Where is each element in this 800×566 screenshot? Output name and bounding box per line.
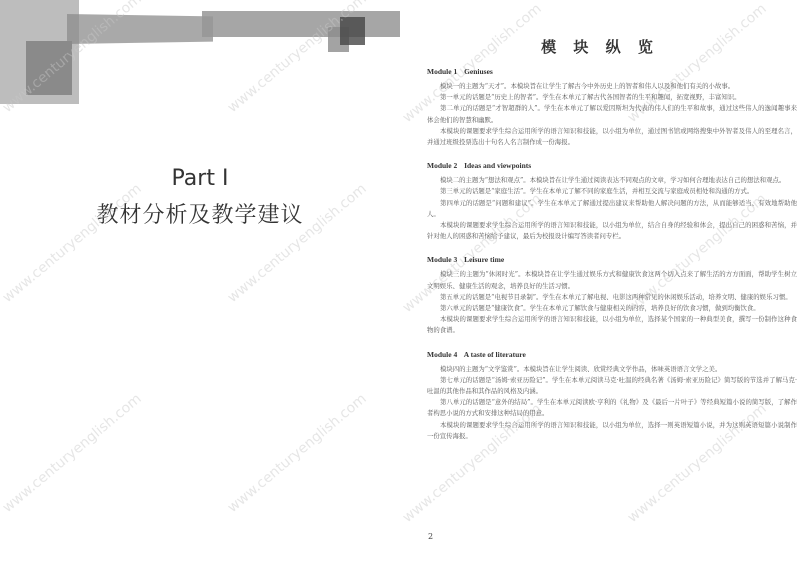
module-title: Ideas and viewpoints (464, 161, 531, 170)
module-overview: Module 1 Geniuses 模块一的主题为“天才”。本模块旨在让学生了解… (427, 67, 797, 455)
module-title: A taste of literature (464, 350, 526, 359)
right-page: www.centuryenglish.com www.centuryenglis… (400, 0, 800, 566)
decorative-gray-bar (202, 11, 400, 37)
module-number: Module 1 (427, 67, 457, 76)
module-heading: Module 1 Geniuses (427, 67, 797, 76)
module-2: Module 2 Ideas and viewpoints 模块二的主题为“想法… (427, 161, 797, 242)
paragraph: 第五单元的话题是“电视节目录制”。学生在本单元了解电视、电影这两种常见的休闲娱乐… (427, 292, 797, 303)
part-title: Part I (0, 166, 400, 191)
watermark: www.centuryenglish.com (225, 391, 370, 516)
module-number: Module 4 (427, 350, 457, 359)
module-title: Geniuses (464, 67, 493, 76)
paragraph: 第四单元的话题是“问题和建议”。学生在本单元了解通过提出建议来帮助他人解决问题的… (427, 198, 797, 220)
paragraph: 第八单元的话题是“意外的结局”。学生在本单元阅读欧·亨利的《礼物》及《最后一片叶… (427, 397, 797, 419)
module-number: Module 2 (427, 161, 457, 170)
paragraph: 模块二的主题为“想法和观点”。本模块旨在让学生通过阅读表达不同观点的文章，学习如… (427, 175, 797, 186)
module-1: Module 1 Geniuses 模块一的主题为“天才”。本模块旨在让学生了解… (427, 67, 797, 148)
part-subtitle: 教材分析及教学建议 (0, 198, 400, 229)
paragraph: 第二单元的话题是“才智超群的人”。学生在本单元了解以爱因斯坦为代表的伟人们的生平… (427, 103, 797, 125)
decorative-gray-band (67, 14, 213, 44)
paragraph: 第一单元的话题是“历史上的智者”。学生在本单元了解古代各国智者的生平和趣闻，拓宽… (427, 92, 797, 103)
paragraph: 第七单元的话题是“汤姆·索亚历险记”。学生在本单元阅读马克·吐温的经典名著《汤姆… (427, 375, 797, 397)
page-number: 2 (428, 532, 433, 541)
paragraph: 本模块的课题要求学生综合运用所学的语言知识和技能，以小组为单位，选择某个国家的一… (427, 314, 797, 336)
paragraph: 第六单元的话题是“健康饮食”。学生在本单元了解饮食与健康相关的内容，培养良好的饮… (427, 303, 797, 314)
watermark: www.centuryenglish.com (0, 391, 145, 516)
left-page: Part I 教材分析及教学建议 www.centuryenglish.com … (0, 0, 400, 566)
paragraph: 本模块的课题要求学生综合运用所学的语言知识和技能，以小组为单位，选择一则英语短篇… (427, 420, 797, 442)
module-heading: Module 3 Leisure time (427, 255, 797, 264)
paragraph: 本模块的课题要求学生综合运用所学的语言知识和技能，以小组为单位，通过图书馆或网络… (427, 126, 797, 148)
decorative-dark-square (26, 41, 72, 95)
overview-title: 模 块 纵 览 (400, 36, 800, 57)
decorative-dark-small-square (340, 17, 365, 45)
module-number: Module 3 (427, 255, 457, 264)
module-4: Module 4 A taste of literature 模块四的主题为“文… (427, 350, 797, 442)
module-title: Leisure time (464, 255, 504, 264)
paragraph: 模块四的主题为“文学鉴赏”。本模块旨在让学生阅读、欣赏经典文学作品，体味英语语言… (427, 364, 797, 375)
paragraph: 模块三的主题为“休闲时光”。本模块旨在让学生通过娱乐方式和健康饮食这两个切入点来… (427, 269, 797, 291)
paragraph: 模块一的主题为“天才”。本模块旨在让学生了解古今中外历史上的智者和伟人以及和他们… (427, 81, 797, 92)
paragraph: 本模块的课题要求学生综合运用所学的语言知识和技能，以小组为单位，结合自身的经验和… (427, 220, 797, 242)
paragraph: 第三单元的话题是“家庭生活”。学生在本单元了解不同的家庭生活，并相互交流与家庭成… (427, 186, 797, 197)
module-3: Module 3 Leisure time 模块三的主题为“休闲时光”。本模块旨… (427, 255, 797, 336)
module-heading: Module 2 Ideas and viewpoints (427, 161, 797, 170)
module-heading: Module 4 A taste of literature (427, 350, 797, 359)
